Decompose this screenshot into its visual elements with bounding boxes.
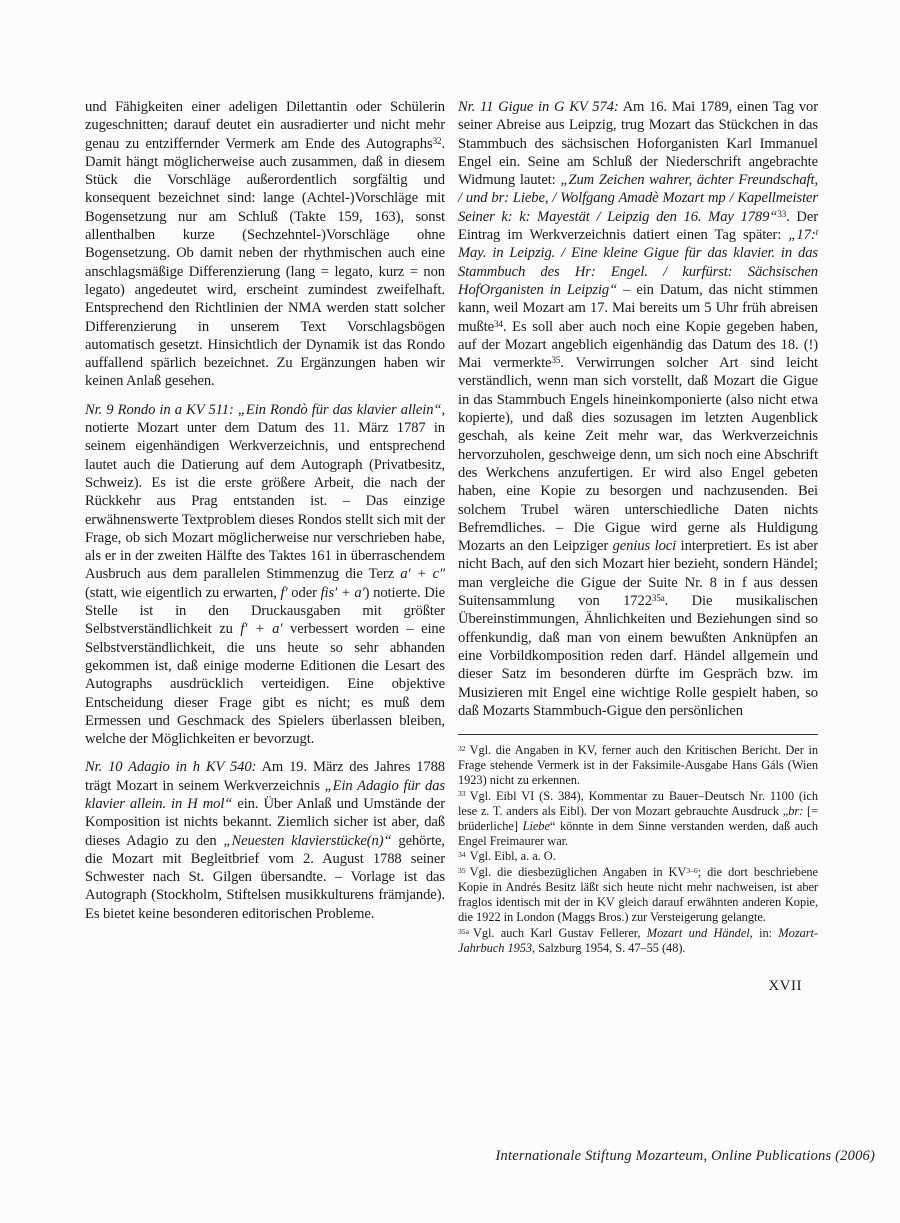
document-page: und Fähigkeiten einer adeligen Dilettant…	[0, 0, 900, 1223]
footnote-text: Vgl. auch Karl Gustav Fellerer, Mozart u…	[458, 926, 818, 955]
footnote-35: 35Vgl. die diesbezüglichen Angaben in KV…	[458, 865, 818, 925]
publisher-credit: Internationale Stiftung Mozarteum, Onlin…	[496, 1148, 876, 1165]
footnote-text: Vgl. Eibl VI (S. 384), Kommentar zu Baue…	[458, 789, 818, 848]
page-number: XVII	[458, 978, 818, 995]
footnote-marker: 34	[458, 850, 466, 859]
paragraph-continuation-kv511-preface: und Fähigkeiten einer adeligen Dilettant…	[85, 98, 445, 391]
footnote-marker: 32	[458, 744, 466, 753]
paragraph-nr10-adagio-kv540: Nr. 10 Adagio in h KV 540: Am 19. März d…	[85, 758, 445, 923]
paragraph-nr11-gigue-kv574: Nr. 11 Gigue in G KV 574: Am 16. Mai 178…	[458, 98, 818, 720]
footnote-separator	[458, 734, 818, 735]
footnote-marker: 35a	[458, 927, 469, 936]
footnote-text: Vgl. die diesbezüglichen Angaben in KV3–…	[458, 865, 818, 924]
footnote-marker: 33	[458, 789, 466, 798]
footnote-34: 34Vgl. Eibl, a. a. O.	[458, 849, 818, 864]
paragraph-nr9-rondo-kv511: Nr. 9 Rondo in a KV 511: „Ein Rondò für …	[85, 401, 445, 749]
text-column-right: Nr. 11 Gigue in G KV 574: Am 16. Mai 178…	[458, 98, 818, 995]
footnote-32: 32Vgl. die Angaben in KV, ferner auch de…	[458, 743, 818, 788]
text-column-left: und Fähigkeiten einer adeligen Dilettant…	[85, 98, 445, 995]
two-column-text-block: und Fähigkeiten einer adeligen Dilettant…	[85, 98, 818, 995]
footnote-35a: 35aVgl. auch Karl Gustav Fellerer, Mozar…	[458, 926, 818, 956]
footnote-marker: 35	[458, 866, 466, 875]
footnote-33: 33Vgl. Eibl VI (S. 384), Kommentar zu Ba…	[458, 789, 818, 849]
footnote-text: Vgl. Eibl, a. a. O.	[470, 849, 556, 863]
footnote-text: Vgl. die Angaben in KV, ferner auch den …	[458, 743, 818, 787]
